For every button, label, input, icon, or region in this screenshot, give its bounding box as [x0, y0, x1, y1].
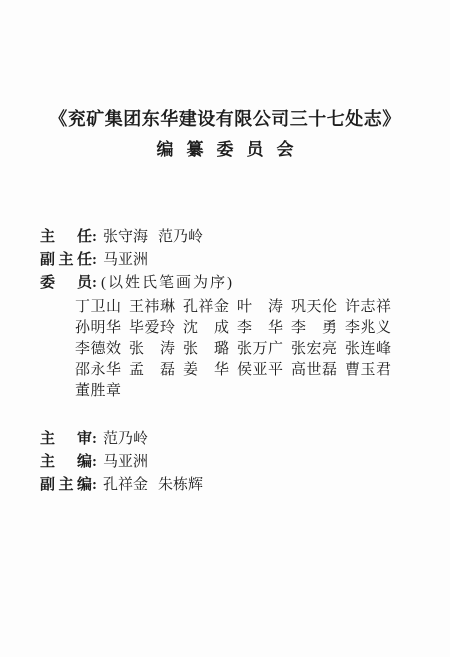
committee-content: 主任:张守海范乃岭 副主任:马亚洲 委员:(以姓氏笔画为序) 丁卫山王祎琳孔祥金…: [40, 226, 450, 497]
role-names: 张守海范乃岭: [103, 229, 213, 245]
committee-sort-note: (以姓氏笔画为序): [101, 275, 234, 291]
role-label-deputy-editor: 副主编: [40, 474, 92, 497]
role-row-deputy-editor: 副主编:孔祥金朱栋辉: [40, 474, 450, 497]
role-row-chief-reviewer: 主审:范乃岭: [40, 428, 450, 451]
colon: :: [92, 252, 97, 268]
member-name: 王祎琳: [129, 297, 175, 318]
member-name: 姜华: [183, 360, 229, 381]
person-name: 马亚洲: [103, 252, 148, 268]
role-label-chief-reviewer: 主审: [40, 428, 92, 451]
member-name: 李勇: [291, 318, 337, 339]
member-name: 丁卫山: [75, 297, 121, 318]
member-name: 曹玉君: [345, 360, 391, 381]
role-names: 范乃岭: [103, 431, 158, 447]
member-name: 张连峰: [345, 339, 391, 360]
document-page: 《兖矿集团东华建设有限公司三十七处志》 编纂委员会 主任:张守海范乃岭 副主任:…: [0, 0, 450, 657]
member-name: 张璐: [183, 339, 229, 360]
page-title: 《兖矿集团东华建设有限公司三十七处志》: [0, 108, 450, 130]
colon: :: [92, 454, 97, 470]
member-row: 丁卫山王祎琳孔祥金叶涛巩天伦许志祥: [75, 297, 450, 318]
member-name: 孟磊: [129, 360, 175, 381]
person-name: 马亚洲: [103, 454, 148, 470]
person-name: 孔祥金: [103, 477, 148, 493]
member-row: 李德效张涛张璐张万广张宏亮张连峰: [75, 339, 450, 360]
role-row-committee: 委员:(以姓氏笔画为序): [40, 272, 450, 295]
member-name: 叶涛: [237, 297, 283, 318]
role-label-director: 主任: [40, 226, 92, 249]
member-name: 张涛: [129, 339, 175, 360]
member-name: 李德效: [75, 339, 121, 360]
colon: :: [92, 275, 97, 291]
person-name: 范乃岭: [103, 431, 148, 447]
member-name: 张宏亮: [291, 339, 337, 360]
person-name: 范乃岭: [158, 229, 203, 245]
title-block: 《兖矿集团东华建设有限公司三十七处志》 编纂委员会: [0, 0, 450, 160]
member-name: 侯亚平: [237, 360, 283, 381]
member-name: 张万广: [237, 339, 283, 360]
role-row-chief-editor: 主编:马亚洲: [40, 451, 450, 474]
role-names: 孔祥金朱栋辉: [103, 477, 213, 493]
member-name: 李兆义: [345, 318, 391, 339]
member-name: 高世磊: [291, 360, 337, 381]
member-name: 邵永华: [75, 360, 121, 381]
member-name: 沈成: [183, 318, 229, 339]
role-label-deputy-director: 副主任: [40, 249, 92, 272]
member-name: 董胜章: [75, 381, 121, 402]
person-name: 朱栋辉: [158, 477, 203, 493]
member-name: 毕爱玲: [129, 318, 175, 339]
colon: :: [92, 229, 97, 245]
member-name: 李华: [237, 318, 283, 339]
member-row: 孙明华毕爱玲沈成李华李勇李兆义: [75, 318, 450, 339]
member-name: 孔祥金: [183, 297, 229, 318]
member-row: 董胜章: [75, 381, 450, 402]
role-names: 马亚洲: [103, 252, 158, 268]
colon: :: [92, 431, 97, 447]
page-subtitle: 编纂委员会: [0, 140, 450, 160]
editorial-roles-block: 主审:范乃岭 主编:马亚洲 副主编:孔祥金朱栋辉: [40, 428, 450, 497]
member-name: 巩天伦: [291, 297, 337, 318]
role-label-chief-editor: 主编: [40, 451, 92, 474]
role-row-director: 主任:张守海范乃岭: [40, 226, 450, 249]
member-name: 许志祥: [345, 297, 391, 318]
committee-member-grid: 丁卫山王祎琳孔祥金叶涛巩天伦许志祥 孙明华毕爱玲沈成李华李勇李兆义 李德效张涛张…: [75, 297, 450, 402]
person-name: 张守海: [103, 229, 148, 245]
member-name: 孙明华: [75, 318, 121, 339]
colon: :: [92, 477, 97, 493]
role-label-committee: 委员: [40, 272, 92, 295]
member-row: 邵永华孟磊姜华侯亚平高世磊曹玉君: [75, 360, 450, 381]
role-names: 马亚洲: [103, 454, 158, 470]
role-row-deputy-director: 副主任:马亚洲: [40, 249, 450, 272]
